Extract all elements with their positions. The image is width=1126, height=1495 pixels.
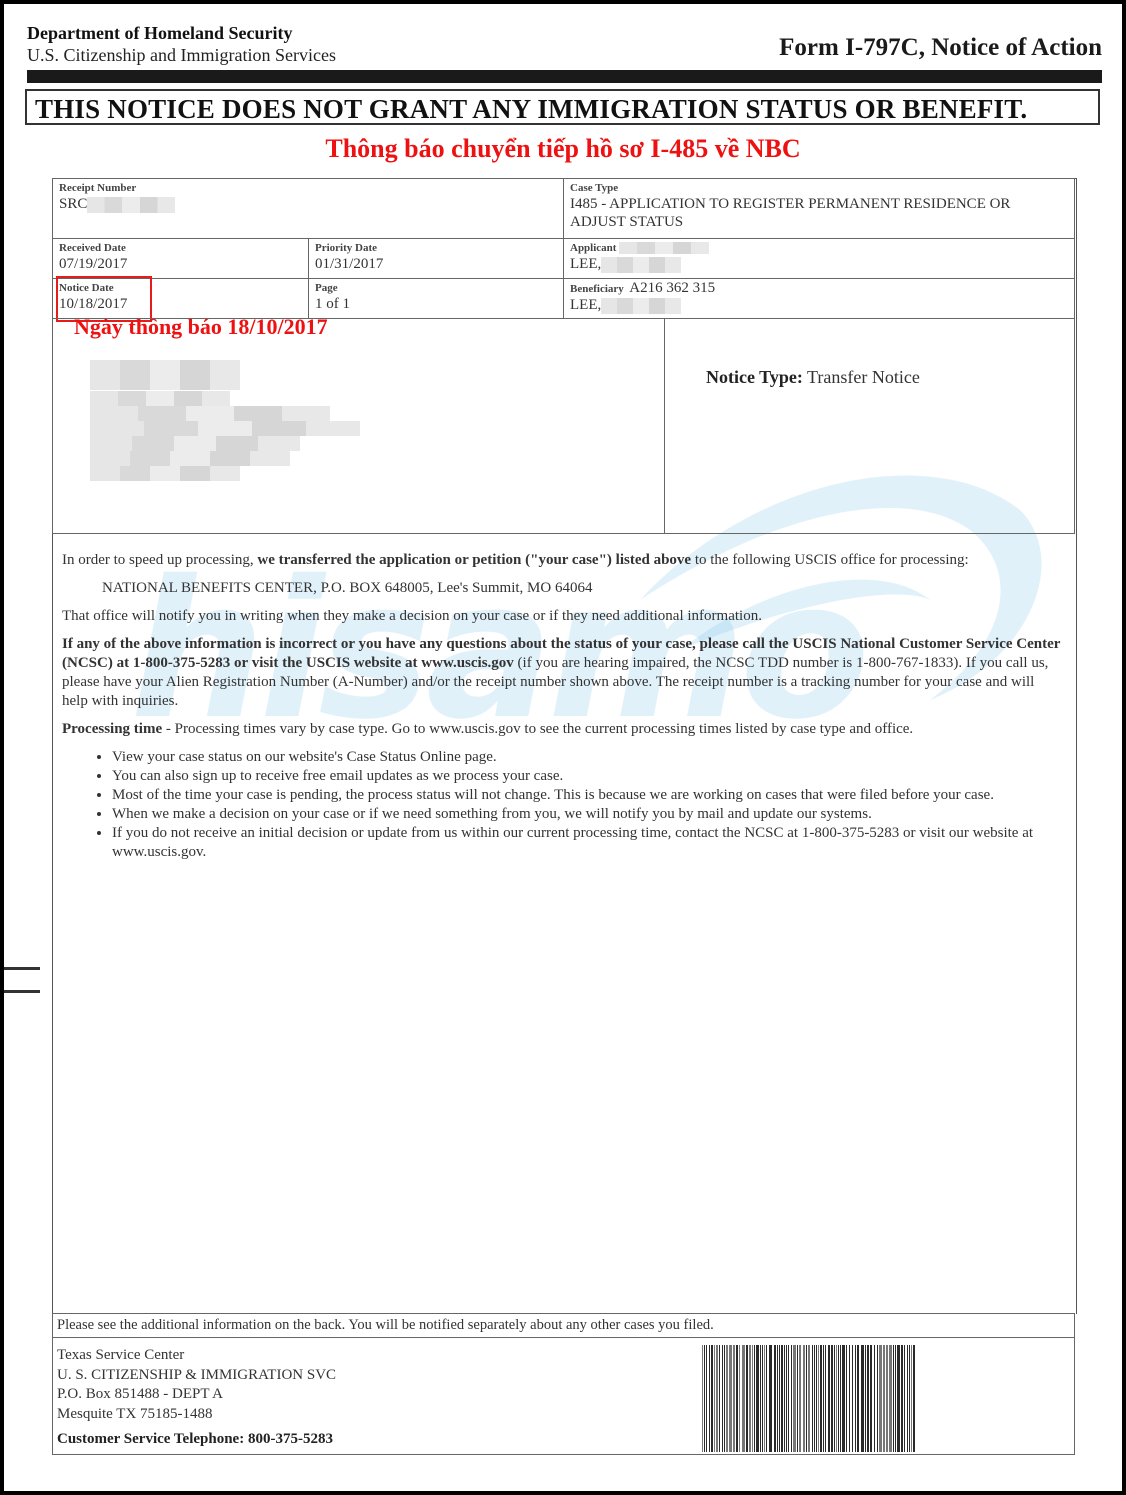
beneficiary-field: Beneficiary A216 362 315 LEE, <box>563 278 1075 319</box>
redacted-block <box>601 298 681 314</box>
receiving-office-address: NATIONAL BENEFITS CENTER, P.O. BOX 64800… <box>62 579 1062 598</box>
applicant-value: LEE, <box>564 255 1074 273</box>
redacted-block <box>87 197 175 213</box>
agency-name: U.S. Citizenship and Immigration Service… <box>27 44 336 66</box>
received-date-value: 07/19/2017 <box>53 255 308 273</box>
edge-marks <box>4 967 40 1013</box>
notice-type: Notice Type: Transfer Notice <box>706 367 920 388</box>
notice-type-panel <box>664 318 1075 534</box>
sender-line: Texas Service Center <box>57 1346 336 1366</box>
redacted-block <box>619 242 709 254</box>
processing-time-paragraph: Processing time - Processing times vary … <box>62 720 1062 739</box>
page-value: 1 of 1 <box>309 295 563 313</box>
case-type-label: Case Type <box>564 182 1074 195</box>
bullet-item: You can also sign up to receive free ema… <box>112 767 1062 786</box>
customer-service-phone: Customer Service Telephone: 800-375-5283 <box>57 1431 333 1448</box>
bullet-item: If you do not receive an initial decisio… <box>112 824 1042 862</box>
sender-line: Mesquite TX 75185-1488 <box>57 1405 336 1425</box>
info-bullet-list: View your case status on our website's C… <box>62 748 1062 862</box>
bullet-item: Most of the time your case is pending, t… <box>112 786 1062 805</box>
redacted-mailing-address <box>90 360 360 481</box>
header-divider-bar <box>27 70 1102 83</box>
page-label: Page <box>309 282 563 295</box>
notice-body-text: In order to speed up processing, we tran… <box>62 551 1062 862</box>
case-type-value: I485 - APPLICATION TO REGISTER PERMANENT… <box>564 195 1050 231</box>
received-date-label: Received Date <box>53 242 308 255</box>
sender-line: U. S. CITIZENSHIP & IMMIGRATION SVC <box>57 1366 336 1386</box>
receipt-number-field: Receipt Number SRC <box>52 178 564 239</box>
page-field: Page 1 of 1 <box>308 278 564 319</box>
receipt-number-value: SRC <box>53 195 563 213</box>
barcode-icon <box>702 1345 917 1452</box>
transfer-paragraph: In order to speed up processing, we tran… <box>62 551 1062 570</box>
back-page-note: Please see the additional information on… <box>52 1313 1075 1338</box>
department-name: Department of Homeland Security <box>27 22 336 44</box>
receipt-number-label: Receipt Number <box>53 182 563 195</box>
notification-paragraph: That office will notify you in writing w… <box>62 607 1062 626</box>
bullet-item: View your case status on our website's C… <box>112 748 1062 767</box>
beneficiary-value: LEE, <box>564 296 1074 314</box>
applicant-field: Applicant LEE, <box>563 238 1075 279</box>
priority-date-label: Priority Date <box>309 242 563 255</box>
vietnamese-annotation-title: Thông báo chuyển tiếp hồ sơ I-485 về NBC <box>0 134 1126 164</box>
applicant-label: Applicant <box>564 242 1074 255</box>
case-type-field: Case Type I485 - APPLICATION TO REGISTER… <box>563 178 1075 239</box>
sender-address: Texas Service Center U. S. CITIZENSHIP &… <box>57 1346 336 1424</box>
a-number: A216 362 315 <box>629 280 715 296</box>
sender-line: P.O. Box 851488 - DEPT A <box>57 1385 336 1405</box>
received-date-field: Received Date 07/19/2017 <box>52 238 309 279</box>
agency-header: Department of Homeland Security U.S. Cit… <box>27 22 336 66</box>
beneficiary-label: Beneficiary A216 362 315 <box>564 282 1074 296</box>
redacted-block <box>601 257 681 273</box>
bullet-item: When we make a decision on your case or … <box>112 805 1062 824</box>
disclaimer-banner: THIS NOTICE DOES NOT GRANT ANY IMMIGRATI… <box>25 89 1100 125</box>
sender-block: Texas Service Center U. S. CITIZENSHIP &… <box>52 1338 1075 1455</box>
contact-paragraph: If any of the above information is incor… <box>62 635 1062 711</box>
priority-date-value: 01/31/2017 <box>309 255 563 273</box>
form-title: Form I-797C, Notice of Action <box>779 34 1102 62</box>
priority-date-field: Priority Date 01/31/2017 <box>308 238 564 279</box>
